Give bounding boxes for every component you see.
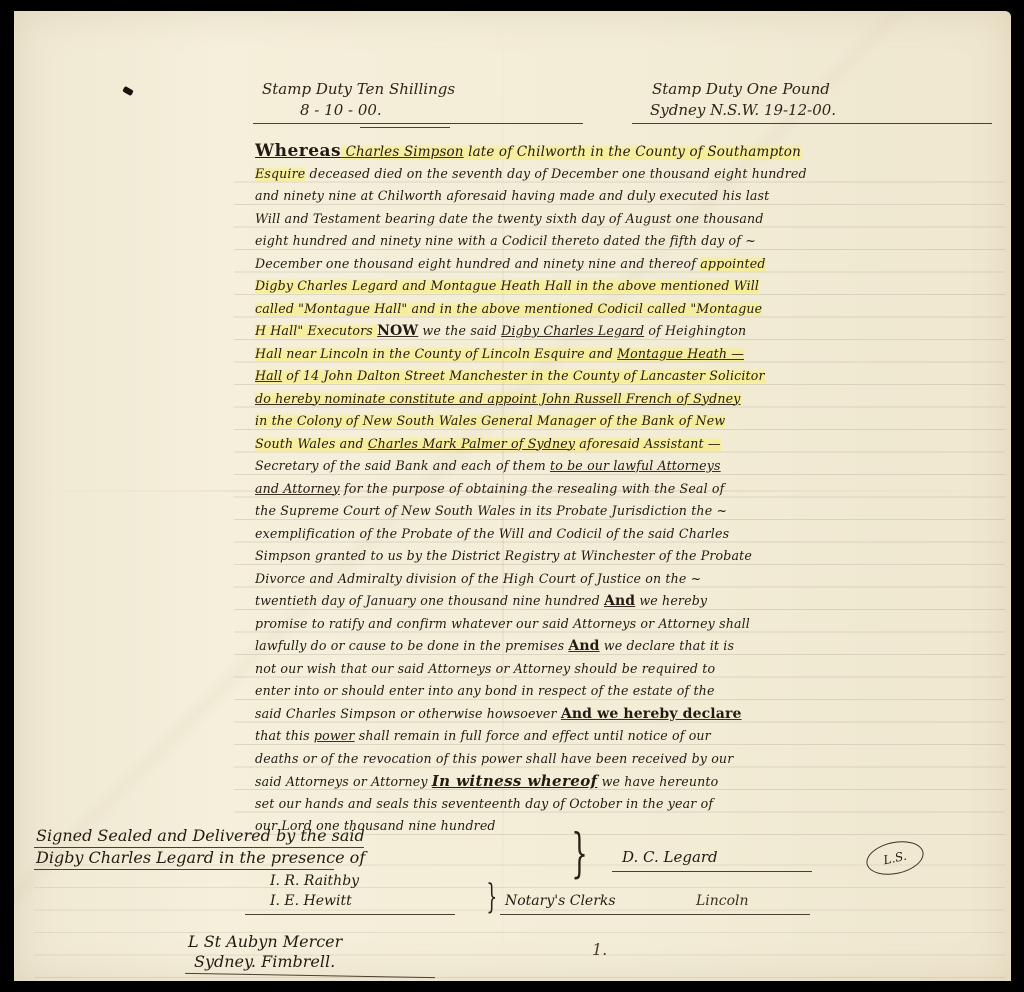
deed-text-segment: we the said (418, 323, 501, 338)
deed-line: Will and Testament bearing date the twen… (255, 208, 1015, 231)
deed-line: our Lord one thousand nine hundred (255, 815, 1015, 838)
attestation-line-2: Digby Charles Legard in the presence of (36, 848, 365, 867)
seal-label: L.S. (882, 849, 908, 868)
deed-text-segment: that this (255, 728, 314, 743)
deed-text-segment: called "Montague Hall" and in the above … (255, 301, 762, 316)
stamp-left-rule-short (360, 127, 450, 128)
deed-line: Divorce and Admiralty division of the Hi… (255, 568, 1015, 591)
deed-line: South Wales and Charles Mark Palmer of S… (255, 433, 1015, 456)
deed-line: called "Montague Hall" and in the above … (255, 298, 1015, 321)
deed-line: Esquire deceased died on the seventh day… (255, 163, 1015, 186)
deed-text-segment: shall remain in full force and effect un… (355, 728, 711, 743)
deed-text-segment: and Attorney (255, 481, 340, 496)
deed-line: and ninety nine at Chilworth aforesaid h… (255, 185, 1015, 208)
deed-text-segment: late of Chilworth in the County of South… (464, 144, 801, 160)
deed-text-segment: And we hereby declare (561, 706, 742, 722)
deed-text-segment: we hereby (635, 593, 707, 608)
deed-text-segment: we have hereunto (597, 774, 718, 789)
stamp-duty-left-date: 8 - 10 - 00. (300, 101, 382, 119)
deed-text-segment: Hall near Lincoln in the County of Linco… (255, 346, 617, 361)
deed-text-segment: Divorce and Admiralty division of the Hi… (255, 571, 701, 586)
deed-line: eight hundred and ninety nine with a Cod… (255, 230, 1015, 253)
deed-line: the Supreme Court of New South Wales in … (255, 500, 1015, 523)
deed-line: said Charles Simpson or otherwise howsoe… (255, 703, 1015, 726)
deed-text-segment: And (568, 638, 599, 654)
deed-line: and Attorney for the purpose of obtainin… (255, 478, 1015, 501)
deed-text-segment: deceased died on the seventh day of Dece… (305, 166, 806, 181)
deed-text-segment: Simpson granted to us by the District Re… (255, 548, 752, 563)
deed-text-segment: not our wish that our said Attorneys or … (255, 661, 715, 676)
deed-text-segment: And (604, 593, 635, 609)
deed-text-segment: NOW (377, 323, 418, 339)
attestation-rule-2 (34, 869, 334, 870)
deed-text-segment: lawfully do or cause to be done in the p… (255, 638, 568, 653)
deed-text-segment: Charles Mark Palmer of Sydney (368, 436, 575, 451)
deed-text-segment: In witness whereof (432, 772, 598, 790)
deed-text-segment: deaths or of the revocation of this powe… (255, 751, 733, 766)
deed-line: enter into or should enter into any bond… (255, 680, 1015, 703)
deed-text-segment: we declare that it is (600, 638, 734, 653)
deed-line: Secretary of the said Bank and each of t… (255, 455, 1015, 478)
deed-line: lawfully do or cause to be done in the p… (255, 635, 1015, 658)
deed-text-segment: H Hall" Executors (255, 323, 377, 338)
deed-line: do hereby nominate constitute and appoin… (255, 388, 1015, 411)
deed-line: set our hands and seals this seventeenth… (255, 793, 1015, 816)
witness-role-rule (500, 914, 810, 915)
deed-text-segment: to be our lawful Attorneys (550, 458, 721, 473)
scanned-document: Stamp Duty Ten Shillings 8 - 10 - 00. St… (0, 0, 1024, 992)
deed-line: Digby Charles Legard and Montague Heath … (255, 275, 1015, 298)
deed-text-segment: the Supreme Court of New South Wales in … (255, 503, 727, 518)
deed-text-segment: December one thousand eight hundred and … (255, 256, 700, 271)
stamp-left-rule (253, 123, 583, 124)
deed-text-segment: said Charles Simpson or otherwise howsoe… (255, 706, 561, 721)
deed-text-segment: Esquire (255, 166, 305, 181)
deed-line: in the Colony of New South Wales General… (255, 410, 1015, 433)
witness-2: I. E. Hewitt (270, 893, 352, 909)
deed-line: that this power shall remain in full for… (255, 725, 1015, 748)
deed-text-segment: Charles Simpson (341, 144, 464, 160)
deed-text-segment: Secretary of the said Bank and each of t… (255, 458, 550, 473)
witness-role: Notary's Clerks (505, 893, 616, 909)
deed-line: said Attorneys or Attorney In witness wh… (255, 770, 1015, 793)
deed-line: December one thousand eight hundred and … (255, 253, 1015, 276)
deed-text-segment: John Russell French of Sydney (537, 391, 741, 406)
stamp-duty-right-label: Stamp Duty One Pound (652, 80, 830, 98)
deed-text-segment: and ninety nine at Chilworth aforesaid h… (255, 188, 769, 203)
deed-text-segment: set our hands and seals this seventeenth… (255, 796, 713, 811)
page-number: 1. (592, 940, 607, 959)
stamp-right-rule (632, 123, 992, 124)
deed-text-segment: Montague Heath — (617, 346, 744, 361)
deed-line: Hall near Lincoln in the County of Linco… (255, 343, 1015, 366)
footer-signature-1: L St Aubyn Mercer (188, 932, 342, 951)
deed-text-segment: of Heighington (644, 323, 746, 338)
footer-signature-2: Sydney. Fimbrell. (194, 952, 335, 971)
deed-line: Simpson granted to us by the District Re… (255, 545, 1015, 568)
deed-text-segment: for the purpose of obtaining the reseali… (340, 481, 725, 496)
deed-line: promise to ratify and confirm whatever o… (255, 613, 1015, 636)
witness-1: I. R. Raithby (270, 873, 359, 889)
signatory-signature: D. C. Legard (622, 848, 718, 866)
deed-line: H Hall" Executors NOW we the said Digby … (255, 320, 1015, 343)
brace-signed: } (571, 828, 588, 880)
deed-text-segment: power (314, 728, 355, 743)
deed-line: Hall of 14 John Dalton Street Manchester… (255, 365, 1015, 388)
deed-text-segment: of 14 John Dalton Street Manchester in t… (282, 368, 764, 383)
deed-text-segment: twentieth day of January one thousand ni… (255, 593, 604, 608)
deed-text-segment: exemplification of the Probate of the Wi… (255, 526, 729, 541)
signatory-rule (612, 871, 812, 872)
deed-text-segment: said Attorneys or Attorney (255, 774, 432, 789)
stamp-duty-left-label: Stamp Duty Ten Shillings (262, 80, 455, 98)
deed-line: exemplification of the Probate of the Wi… (255, 523, 1015, 546)
brace-witnesses: } (486, 880, 497, 914)
attestation-line-1: Signed Sealed and Delivered by the said (36, 826, 365, 845)
deed-text-segment: Digby Charles Legard (501, 323, 644, 338)
deed-line: deaths or of the revocation of this powe… (255, 748, 1015, 771)
deed-text-segment: aforesaid Assistant — (575, 436, 720, 451)
deed-text-segment: Whereas (255, 141, 341, 161)
deed-text-segment: enter into or should enter into any bond… (255, 683, 715, 698)
witness-place: Lincoln (696, 893, 749, 909)
witness-rule (245, 914, 455, 915)
deed-text-segment: do hereby nominate constitute and appoin… (255, 391, 537, 406)
deed-text-segment: Digby Charles Legard and Montague Heath … (255, 278, 759, 293)
deed-line: twentieth day of January one thousand ni… (255, 590, 1015, 613)
deed-text-segment: appointed (700, 256, 765, 271)
deed-text-segment: Will and Testament bearing date the twen… (255, 211, 764, 226)
deed-line: Whereas Charles Simpson late of Chilwort… (255, 140, 1015, 163)
deed-text-segment: eight hundred and ninety nine with a Cod… (255, 233, 756, 248)
deed-text-segment: promise to ratify and confirm whatever o… (255, 616, 750, 631)
deed-text-segment: South Wales and (255, 436, 368, 451)
deed-line: not our wish that our said Attorneys or … (255, 658, 1015, 681)
stamp-duty-right-date: Sydney N.S.W. 19-12-00. (650, 101, 836, 119)
deed-text-segment: Hall (255, 368, 282, 383)
deed-text-segment: in the Colony of New South Wales General… (255, 413, 725, 428)
